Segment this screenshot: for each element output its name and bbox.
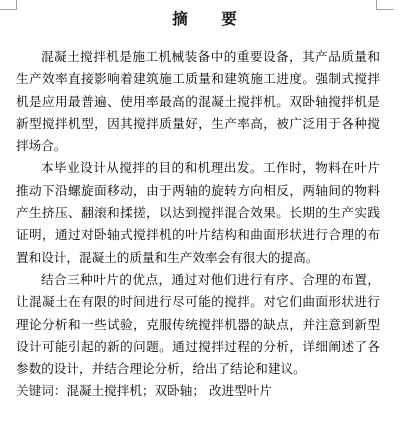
abstract-paragraph-1: 混凝土搅拌机是施工机械装备中的重要设备，其产品质量和生产效率直接影响着建筑施工质… (16, 46, 380, 157)
keywords-values: 混凝土搅拌机；双卧轴； 改进型叶片 (66, 383, 272, 398)
abstract-title: 摘 要 (0, 7, 409, 29)
keywords-label: 关键词： (16, 383, 66, 398)
abstract-paragraph-2: 本毕业设计从搅拌的目的和机理出发。工作时，物料在叶片推动下沿螺旋面移动，由于两轴… (16, 157, 380, 268)
abstract-body: 混凝土搅拌机是施工机械装备中的重要设备，其产品质量和生产效率直接影响着建筑施工质… (16, 46, 380, 401)
abstract-paragraph-3: 结合三种叶片的优点，通过对他们进行有序、合理的布置，让混凝土在有限的时间进行尽可… (16, 269, 380, 380)
keywords-line: 关键词：混凝土搅拌机；双卧轴； 改进型叶片 (16, 381, 380, 401)
